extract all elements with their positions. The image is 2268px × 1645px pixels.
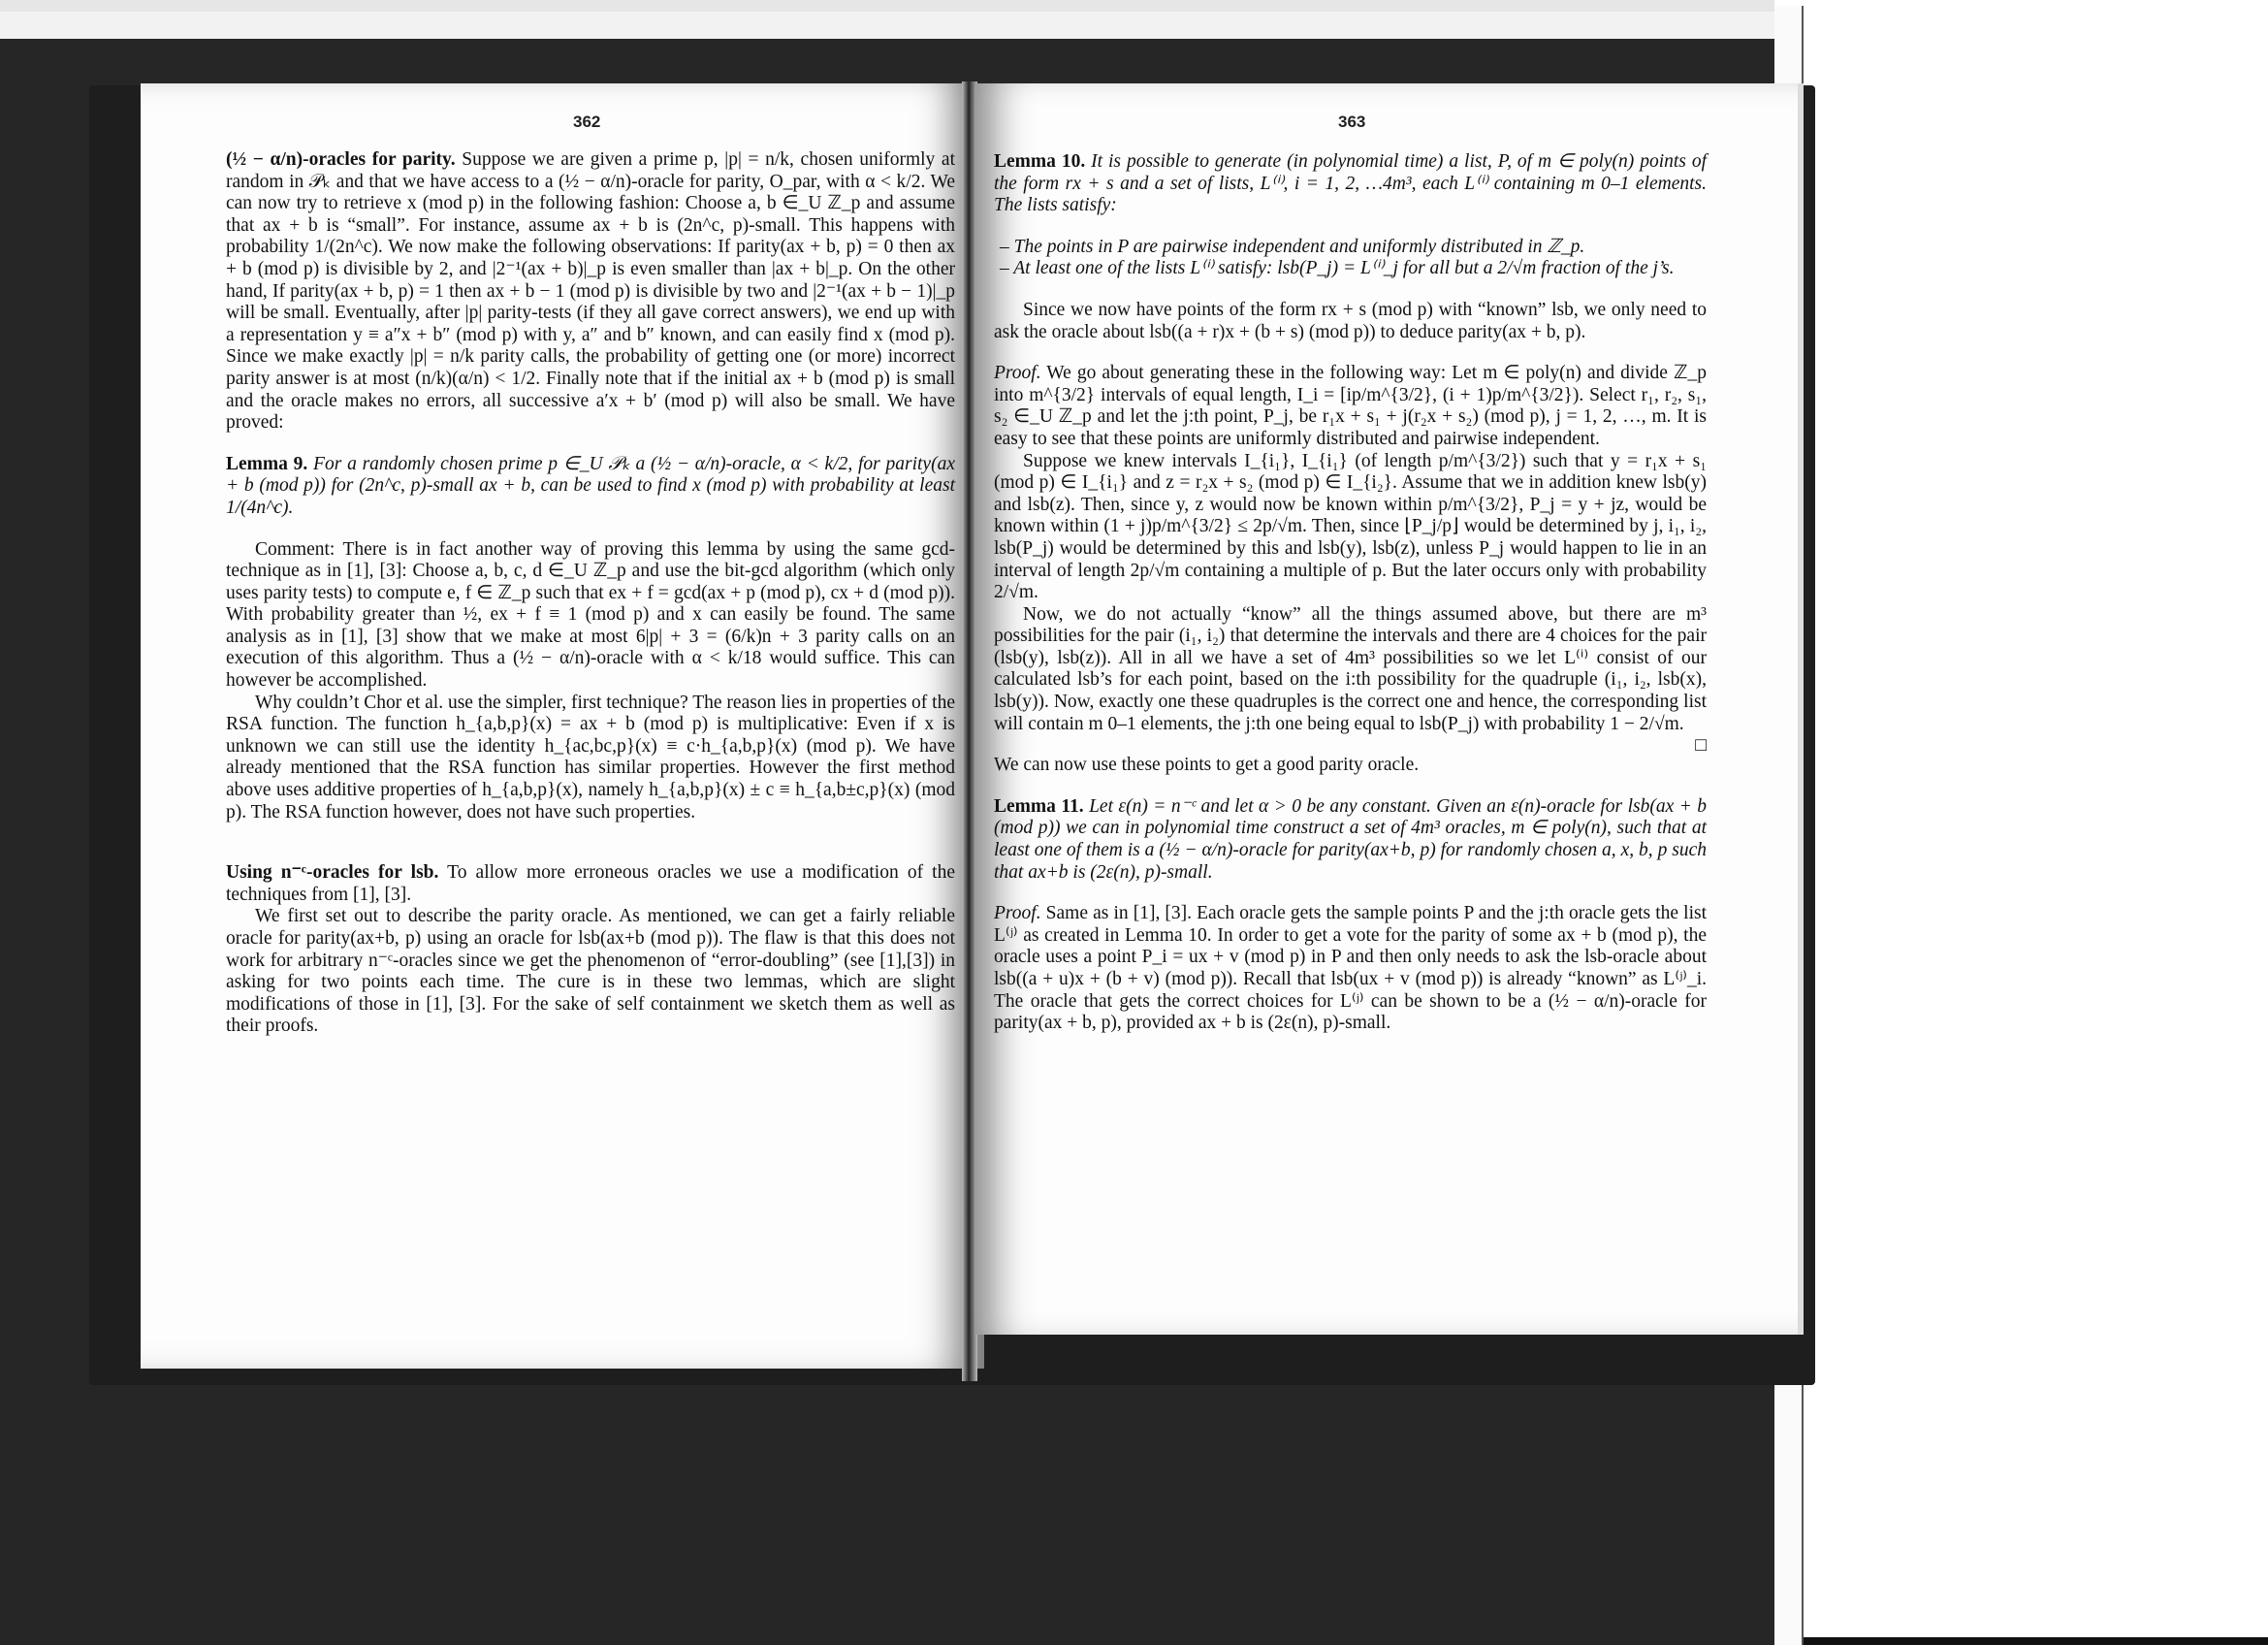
left-page-text: (½ − α/n)-oracles for parity. Suppose we… xyxy=(226,149,955,1038)
lemma-10: Lemma 10. It is possible to generate (in… xyxy=(994,151,1707,217)
paragraph-intervals: Suppose we knew intervals I_{i₁}, I_{i₁}… xyxy=(994,451,1707,604)
section-using-oracles: Using n⁻ᶜ-oracles for lsb. To allow more… xyxy=(226,862,955,906)
paragraph-parity-oracles: (½ − α/n)-oracles for parity. Suppose we… xyxy=(226,149,955,435)
lemma-label: Lemma 11. xyxy=(994,796,1084,817)
lemma-11: Lemma 11. Let ε(n) = n⁻ᶜ and let α > 0 b… xyxy=(994,796,1707,884)
paragraph-heading: (½ − α/n)-oracles for parity. xyxy=(226,149,456,170)
list-item: – The points in P are pairwise independe… xyxy=(994,237,1707,259)
paragraph-good-parity: We can now use these points to get a goo… xyxy=(994,755,1707,777)
lemma-label: Lemma 9. xyxy=(226,454,307,474)
proof-label: Proof. xyxy=(994,363,1041,383)
paragraph-known-lsb: Since we now have points of the form rx … xyxy=(994,300,1707,343)
page-number: 362 xyxy=(573,113,600,132)
page-number: 363 xyxy=(1338,113,1365,132)
paragraph-comment: Comment: There is in fact another way of… xyxy=(226,539,955,693)
left-page: 362 (½ − α/n)-oracles for parity. Suppos… xyxy=(141,83,984,1369)
paragraph-possibilities: Now, we do not actually “know” all the t… xyxy=(994,604,1707,736)
list-item: – At least one of the lists L⁽ⁱ⁾ satisfy… xyxy=(994,258,1707,280)
scan-right-margin xyxy=(1774,0,2268,1645)
proof-label: Proof. xyxy=(994,903,1041,923)
proof-lemma-11: Proof. Same as in [1], [3]. Each oracle … xyxy=(994,903,1707,1035)
paragraph-parity-oracle-description: We first set out to describe the parity … xyxy=(226,906,955,1038)
right-page: 363 Lemma 10. It is possible to generate… xyxy=(974,83,1804,1335)
qed-box-icon: □ xyxy=(1666,735,1707,758)
lemma-9: Lemma 9. For a randomly chosen prime p ∈… xyxy=(226,454,955,520)
section-heading: Using n⁻ᶜ-oracles for lsb. xyxy=(226,862,438,883)
right-page-text: Lemma 10. It is possible to generate (in… xyxy=(994,151,1707,1035)
scanner-base xyxy=(1804,1637,2268,1645)
lemma-label: Lemma 10. xyxy=(994,151,1085,172)
proof-lemma-10: Proof. We go about generating these in t… xyxy=(994,363,1707,450)
paragraph-chor: Why couldn’t Chor et al. use the simpler… xyxy=(226,693,955,824)
